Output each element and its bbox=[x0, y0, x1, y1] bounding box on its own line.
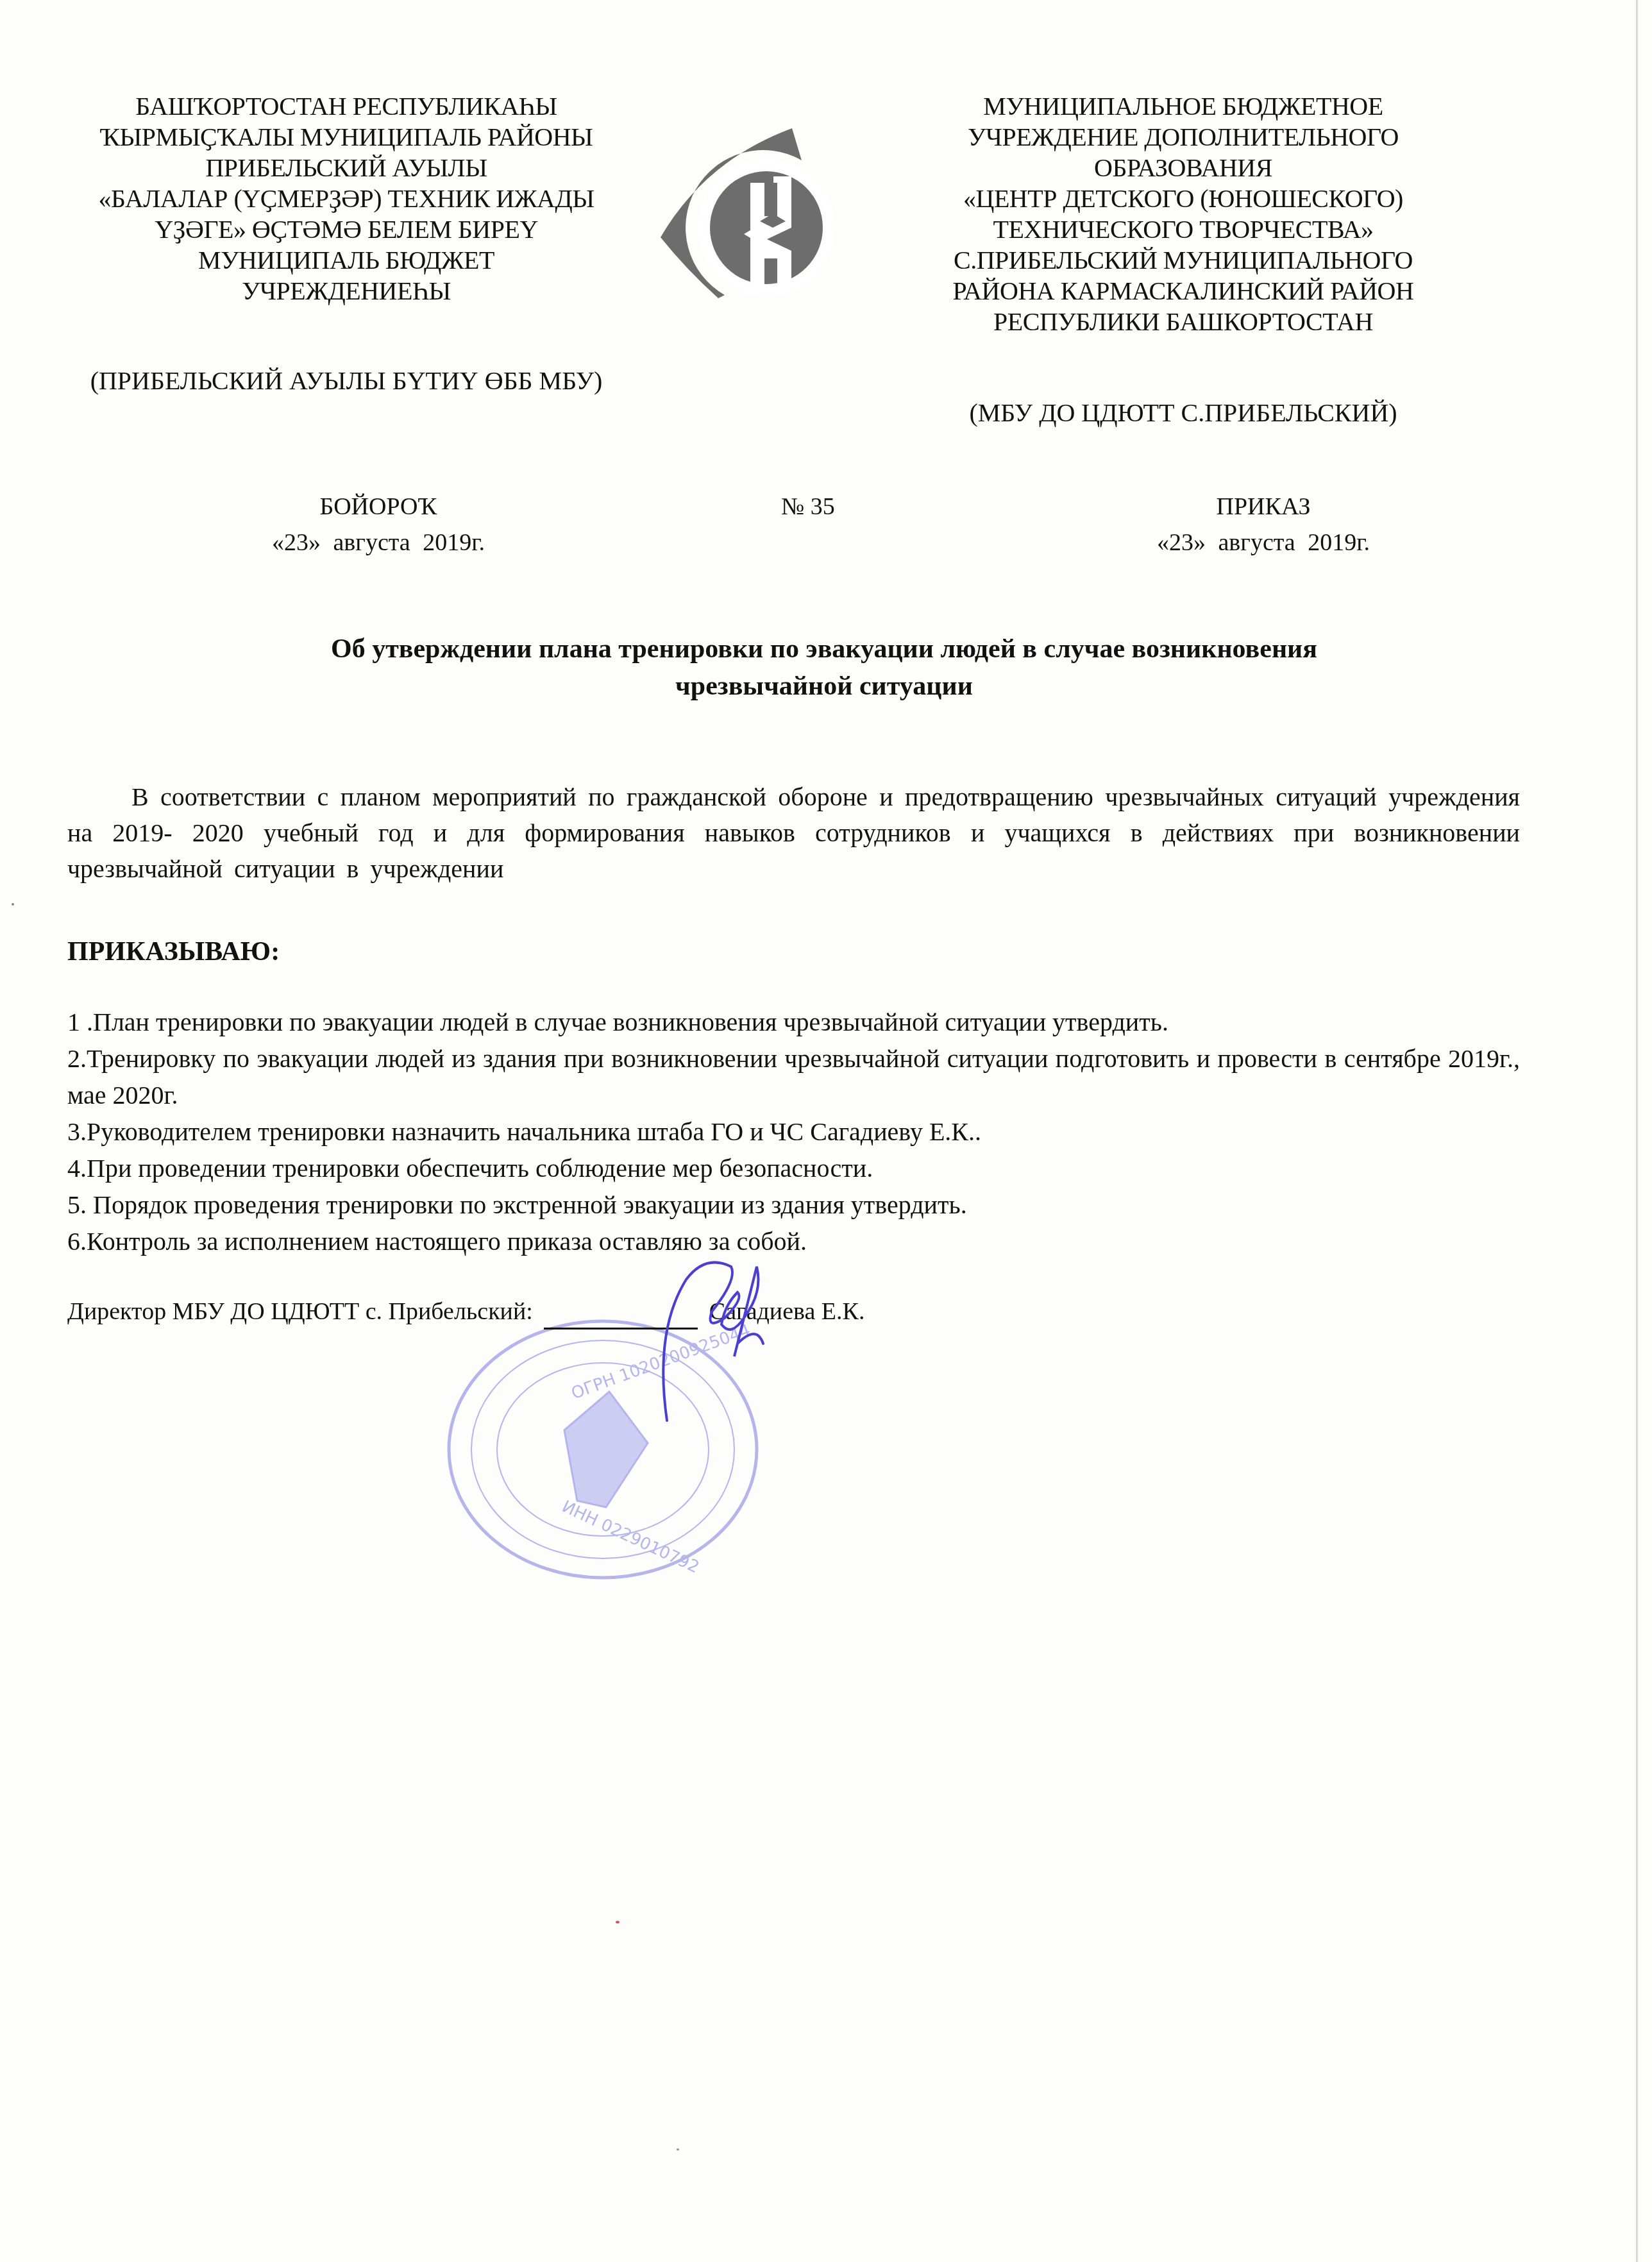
title-line: Об утверждении плана тренировки по эваку… bbox=[96, 630, 1552, 668]
header-right-line: РЕСПУБЛИКИ БАШКОРТОСТАН bbox=[885, 307, 1481, 337]
header-left-bashkir: БАШҠОРТОСТАН РЕСПУБЛИКАҺЫ ҠЫРМЫҪҠАЛЫ МУН… bbox=[64, 91, 628, 307]
order-date: «23» августа 2019г. bbox=[244, 525, 513, 561]
directive-item: 2.Тренировку по эвакуации людей из здани… bbox=[67, 1040, 1520, 1113]
order-type-label: ПРИКАЗ bbox=[1116, 489, 1411, 525]
header-left-line: ПРИБЕЛЬСКИЙ АУЫЛЫ bbox=[64, 153, 628, 183]
header-left-abbreviation: (ПРИБЕЛЬСКИЙ АУЫЛЫ БҮТИҮ ӨББ МБУ) bbox=[64, 366, 628, 396]
header-left-line: ҮҘӘГЕ» ӨҪТӘМӘ БЕЛЕМ БИРЕҮ bbox=[64, 214, 628, 245]
title-line: чрезвычайной ситуации bbox=[96, 668, 1552, 705]
header-left-line: БАШҠОРТОСТАН РЕСПУБЛИКАҺЫ bbox=[64, 91, 628, 122]
header-right-line: ОБРАЗОВАНИЯ bbox=[885, 153, 1481, 183]
header-right-abbreviation: (МБУ ДО ЦДЮТТ С.ПРИБЕЛЬСКИЙ) bbox=[885, 398, 1481, 428]
header-left-line: УЧРЕЖДЕНИЕҺЫ bbox=[64, 276, 628, 307]
institution-logo-icon bbox=[648, 122, 840, 314]
signatory-position: Директор МБУ ДО ЦДЮТТ с. Прибельский: bbox=[67, 1298, 533, 1325]
directive-item: 1 .План тренировки по эвакуации людей в … bbox=[67, 1004, 1520, 1040]
order-type-russian: ПРИКАЗ «23» августа 2019г. bbox=[1116, 489, 1411, 561]
header-left-line: «БАЛАЛАР (ҮҪМЕРҘӘР) ТЕХНИК ИЖАДЫ bbox=[64, 183, 628, 214]
scan-speck bbox=[616, 1921, 619, 1923]
order-type-bashkir: БОЙОРОҠ «23» августа 2019г. bbox=[244, 489, 513, 561]
header-right-line: С.ПРИБЕЛЬСКИЙ МУНИЦИПАЛЬНОГО bbox=[885, 245, 1481, 276]
directive-item: 4.При проведении тренировки обеспечить с… bbox=[67, 1150, 1520, 1186]
header-right-russian: МУНИЦИПАЛЬНОЕ БЮДЖЕТНОЕ УЧРЕЖДЕНИЕ ДОПОЛ… bbox=[885, 91, 1481, 337]
order-date: «23» августа 2019г. bbox=[1116, 525, 1411, 561]
header-right-line: ТЕХНИЧЕСКОГО ТВОРЧЕСТВА» bbox=[885, 214, 1481, 245]
header-right-line: «ЦЕНТР ДЕТСКОГО (ЮНОШЕСКОГО) bbox=[885, 183, 1481, 214]
scanned-document-page: БАШҠОРТОСТАН РЕСПУБЛИКАҺЫ ҠЫРМЫҪҠАЛЫ МУН… bbox=[0, 0, 1652, 2262]
directive-items-list: 1 .План тренировки по эвакуации людей в … bbox=[67, 1004, 1520, 1260]
handwritten-signature-icon bbox=[661, 1254, 821, 1427]
directive-item: 3.Руководителем тренировки назначить нач… bbox=[67, 1113, 1520, 1150]
order-number: № 35 bbox=[744, 489, 872, 525]
directive-item: 5. Порядок проведения тренировки по экст… bbox=[67, 1186, 1520, 1223]
order-type-label: БОЙОРОҠ bbox=[244, 489, 513, 525]
header-left-line: ҠЫРМЫҪҠАЛЫ МУНИЦИПАЛЬ РАЙОНЫ bbox=[64, 122, 628, 153]
directive-heading: ПРИКАЗЫВАЮ: bbox=[67, 936, 280, 967]
header-right-line: УЧРЕЖДЕНИЕ ДОПОЛНИТЕЛЬНОГО bbox=[885, 122, 1481, 153]
header-right-line: МУНИЦИПАЛЬНОЕ БЮДЖЕТНОЕ bbox=[885, 91, 1481, 122]
scan-speck bbox=[677, 2148, 679, 2150]
scan-edge-line bbox=[1636, 0, 1638, 2262]
preamble-paragraph: В соответствии с планом мероприятий по г… bbox=[67, 779, 1520, 887]
header-left-line: МУНИЦИПАЛЬ БЮДЖЕТ bbox=[64, 245, 628, 276]
scan-speck bbox=[12, 903, 14, 906]
header-right-line: РАЙОНА КАРМАСКАЛИНСКИЙ РАЙОН bbox=[885, 276, 1481, 307]
document-title: Об утверждении плана тренировки по эваку… bbox=[96, 630, 1552, 705]
